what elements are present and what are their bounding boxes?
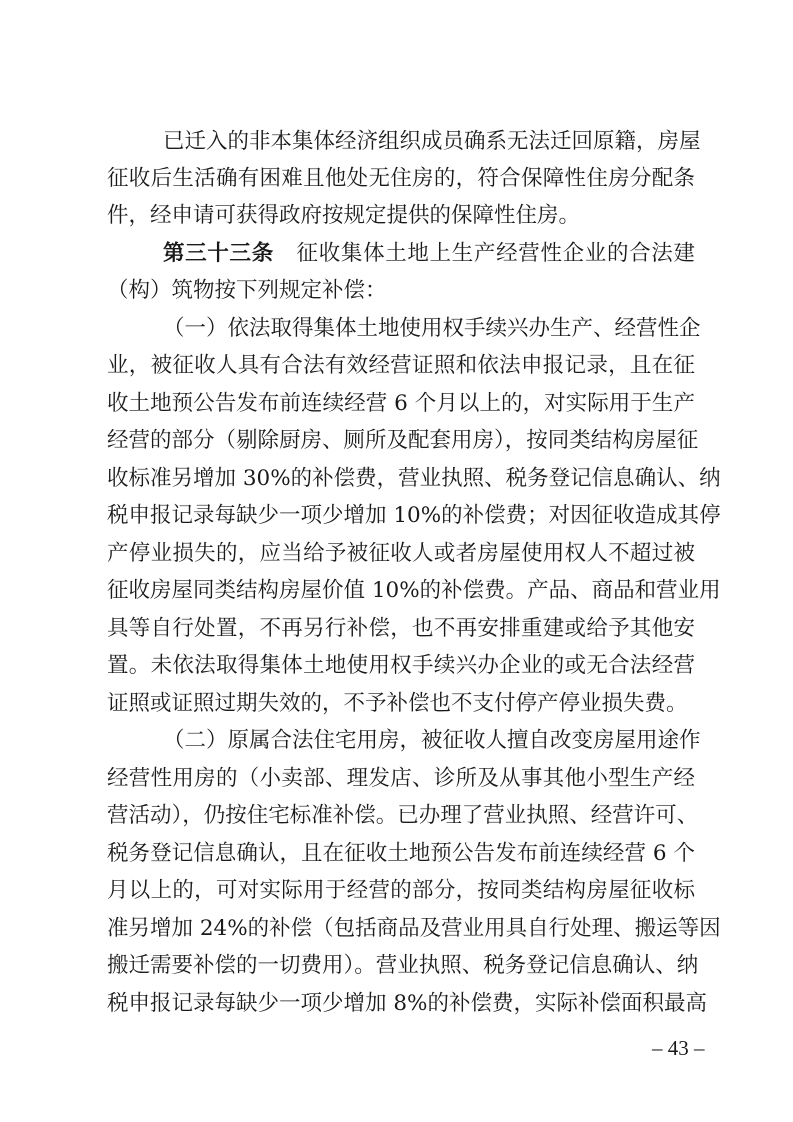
text-line: 收标准另增加 30%的补偿费，营业执照、税务登记信息确认、纳 — [107, 461, 695, 497]
text-line: 经营性用房的（小卖部、理发店、诊所及从事其他小型生产经 — [107, 761, 695, 797]
text-line: 经营的部分（剔除厨房、厕所及配套用房），按同类结构房屋征 — [107, 423, 695, 459]
text-line: 件，经申请可获得政府按规定提供的保障性住房。 — [107, 198, 695, 234]
text-line: 收土地预公告发布前连续经营 6 个月以上的，对实际用于生产 — [107, 386, 695, 422]
text-line: 税申报记录每缺少一项少增加 10%的补偿费；对因征收造成其停 — [107, 498, 695, 534]
text-line: 税申报记录每缺少一项少增加 8%的补偿费，实际补偿面积最高 — [107, 986, 695, 1022]
text-line: 准另增加 24%的补偿（包括商品及营业用具自行处理、搬运等因 — [107, 911, 695, 947]
text-line: 月以上的，可对实际用于经营的部分，按同类结构房屋征收标 — [107, 873, 695, 909]
text-line: （一）依法取得集体土地使用权手续兴办生产、经营性企 — [163, 311, 695, 347]
article-heading-line: 第三十三条征收集体土地上生产经营性企业的合法建 — [163, 236, 695, 272]
page-number: – 43 – — [652, 1034, 705, 1062]
article-heading: 第三十三条 — [163, 241, 274, 266]
text-line: 产停业损失的，应当给予被征收人或者房屋使用权人不超过被 — [107, 536, 695, 572]
text-line: 征收后生活确有困难且他处无住房的，符合保障性住房分配条 — [107, 161, 695, 197]
text-line: 税务登记信息确认，且在征收土地预公告发布前连续经营 6 个 — [107, 836, 695, 872]
text-line: （构）筑物按下列规定补偿： — [107, 273, 695, 309]
text-line: 置。未依法取得集体土地使用权手续兴办企业的或无合法经营 — [107, 648, 695, 684]
text-segment: 征收集体土地上生产经营性企业的合法建 — [296, 241, 695, 266]
text-line: 具等自行处置，不再另行补偿，也不再安排重建或给予其他安 — [107, 611, 695, 647]
document-page: 已迁入的非本集体经济组织成员确系无法迁回原籍，房屋 征收后生活确有困难且他处无住… — [0, 0, 793, 1122]
text-line: 营活动），仍按住宅标准补偿。已办理了营业执照、经营许可、 — [107, 798, 695, 834]
text-line: 证照或证照过期失效的，不予补偿也不支付停产停业损失费。 — [107, 686, 695, 722]
text-line: 征收房屋同类结构房屋价值 10%的补偿费。产品、商品和营业用 — [107, 573, 695, 609]
text-line: 业，被征收人具有合法有效经营证照和依法申报记录，且在征 — [107, 348, 695, 384]
text-line: 已迁入的非本集体经济组织成员确系无法迁回原籍，房屋 — [163, 124, 695, 160]
text-line: （二）原属合法住宅用房，被征收人擅自改变房屋用途作 — [163, 723, 695, 759]
text-line: 搬迁需要补偿的一切费用）。营业执照、税务登记信息确认、纳 — [107, 948, 695, 984]
